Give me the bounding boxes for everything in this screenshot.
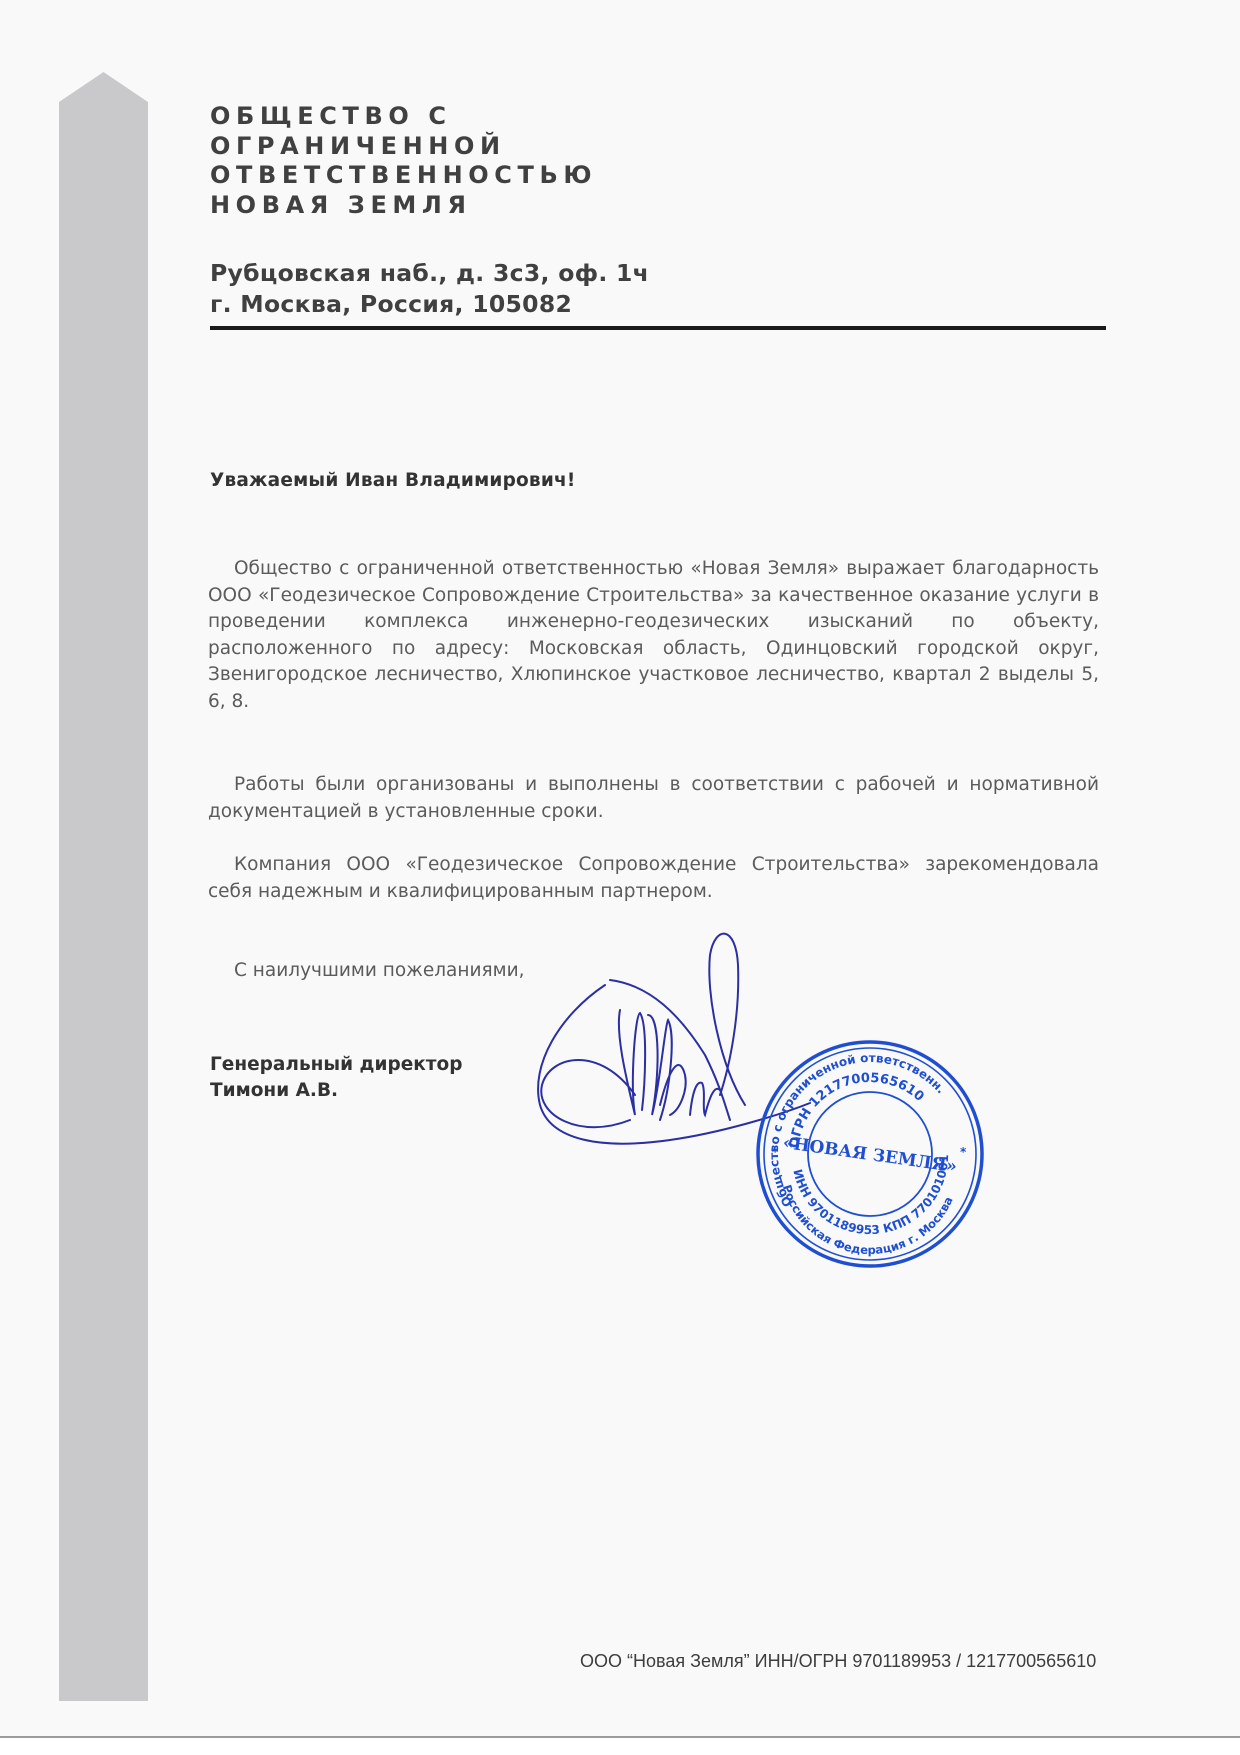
body-paragraph-3: Компания ООО «Геодезическое Сопровождени…	[208, 852, 1099, 905]
company-seal: Общество с ограниченной ответственн. ОГР…	[752, 1036, 988, 1272]
signer-name: Тимони А.В.	[210, 1078, 462, 1104]
letter-page: ОБЩЕСТВО С ОГРАНИЧЕННОЙ ОТВЕТСТВЕННОСТЬЮ…	[0, 0, 1240, 1738]
signer-title: Генеральный директор	[210, 1052, 462, 1078]
salutation: Уважаемый Иван Владимирович!	[210, 470, 576, 491]
address-line: Рубцовская наб., д. 3с3, оф. 1ч	[210, 258, 649, 289]
company-name-line: ОТВЕТСТВЕННОСТЬЮ	[210, 161, 597, 191]
stamp-center-text: «НОВАЯ ЗЕМЛЯ»	[782, 1133, 958, 1177]
address-line: г. Москва, Россия, 105082	[210, 289, 649, 320]
svg-text:*: *	[960, 1145, 967, 1159]
closing-phrase: С наилучшими пожеланиями,	[234, 960, 525, 981]
signer-block: Генеральный директор Тимони А.В.	[210, 1052, 462, 1104]
header-divider	[210, 326, 1106, 330]
company-name-line: НОВАЯ ЗЕМЛЯ	[210, 191, 597, 221]
svg-text:*: *	[772, 1145, 779, 1159]
company-name: ОБЩЕСТВО С ОГРАНИЧЕННОЙ ОТВЕТСТВЕННОСТЬЮ…	[210, 102, 597, 220]
body-paragraph-1: Общество с ограниченной ответственностью…	[208, 556, 1099, 715]
company-name-line: ОГРАНИЧЕННОЙ	[210, 132, 597, 162]
company-address: Рубцовская наб., д. 3с3, оф. 1ч г. Москв…	[210, 258, 649, 320]
body-paragraph-2: Работы были организованы и выполнены в с…	[208, 772, 1099, 825]
footer-company-info: ООО “Новая Земля” ИНН/ОГРН 9701189953 / …	[580, 1651, 1096, 1672]
company-name-line: ОБЩЕСТВО С	[210, 102, 597, 132]
decorative-side-bar	[59, 72, 148, 1701]
